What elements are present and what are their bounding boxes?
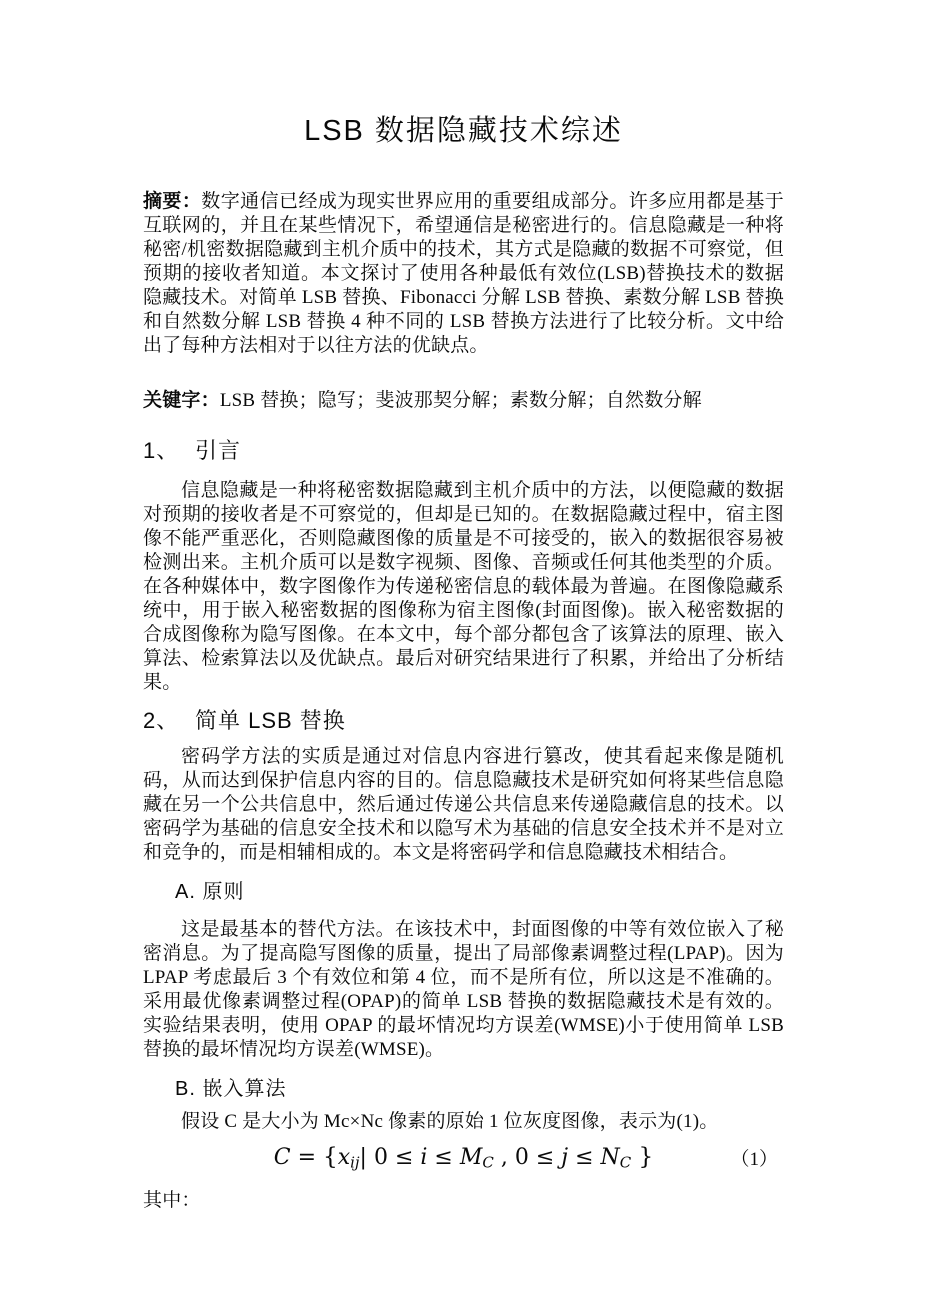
formula-close-brace: } bbox=[631, 1144, 653, 1170]
formula-var-x: x bbox=[338, 1145, 350, 1170]
keywords-text: LSB 替换；隐写；斐波那契分解；素数分解；自然数分解 bbox=[220, 390, 702, 411]
equation-1: C = {xij| 0 ≤ i ≤ MC , 0 ≤ j ≤ NC } （1） bbox=[143, 1142, 784, 1173]
formula-divider-bar: | bbox=[360, 1145, 367, 1170]
subsection-b-heading: B. 嵌入算法 bbox=[175, 1076, 784, 1102]
formula-var-c: C bbox=[274, 1145, 291, 1170]
formula-le-2: ≤ bbox=[568, 1145, 600, 1170]
document-title: LSB 数据隐藏技术综述 bbox=[143, 112, 784, 150]
formula-subscript-nc: C bbox=[620, 1154, 631, 1172]
section-2-heading: 2、简单 LSB 替换 bbox=[143, 707, 784, 735]
section-1-title: 引言 bbox=[195, 438, 241, 463]
formula-subscript-ij: ij bbox=[350, 1154, 359, 1172]
equation-1-number: （1） bbox=[730, 1145, 778, 1175]
section-1-paragraph: 信息隐藏是一种将秘密数据隐藏到主机介质中的方法，以便隐藏的数据对预期的接收者是不… bbox=[143, 479, 784, 695]
subsection-a-paragraph: 这是最基本的替代方法。在该技术中，封面图像的中等有效位嵌入了秘密消息。为了提高隐… bbox=[143, 918, 784, 1062]
section-1-heading: 1、引言 bbox=[143, 437, 784, 465]
formula-equals-sign: = bbox=[291, 1145, 323, 1170]
formula-var-m: M bbox=[460, 1145, 483, 1170]
formula-open-brace: { bbox=[323, 1144, 338, 1170]
formula-le-1: ≤ bbox=[427, 1145, 459, 1170]
document-page: LSB 数据隐藏技术综述 摘要：数字通信已经成为现实世界应用的重要组成部分。许多… bbox=[0, 0, 926, 1309]
formula-comma: , bbox=[494, 1145, 515, 1170]
subsection-b-paragraph: 假设 C 是大小为 Mc×Nc 像素的原始 1 位灰度图像，表示为(1)。 bbox=[143, 1110, 784, 1134]
abstract-text: 数字通信已经成为现实世界应用的重要组成部分。许多应用都是基于互联网的，并且在某些… bbox=[143, 191, 784, 356]
formula-condition-2-prefix: 0 ≤ bbox=[515, 1145, 561, 1170]
subsection-a-heading: A. 原则 bbox=[175, 879, 784, 905]
section-2-title: 简单 LSB 替换 bbox=[195, 708, 346, 733]
keywords-label: 关键字： bbox=[143, 390, 220, 411]
abstract-paragraph: 摘要：数字通信已经成为现实世界应用的重要组成部分。许多应用都是基于互联网的，并且… bbox=[143, 190, 784, 358]
formula-subscript-mc: C bbox=[482, 1154, 493, 1172]
section-2-number: 2、 bbox=[143, 707, 195, 735]
equation-1-formula: C = {xij| 0 ≤ i ≤ MC , 0 ≤ j ≤ NC } bbox=[274, 1145, 654, 1170]
formula-condition-1-prefix: 0 ≤ bbox=[367, 1145, 420, 1170]
section-1-number: 1、 bbox=[143, 437, 195, 465]
after-equation-text: 其中： bbox=[143, 1189, 784, 1213]
section-2-paragraph: 密码学方法的实质是通过对信息内容进行篡改，使其看起来像是随机码，从而达到保护信息… bbox=[143, 745, 784, 865]
abstract-label: 摘要： bbox=[143, 191, 201, 212]
keywords-paragraph: 关键字：LSB 替换；隐写；斐波那契分解；素数分解；自然数分解 bbox=[143, 389, 784, 413]
formula-var-n: N bbox=[601, 1145, 620, 1170]
